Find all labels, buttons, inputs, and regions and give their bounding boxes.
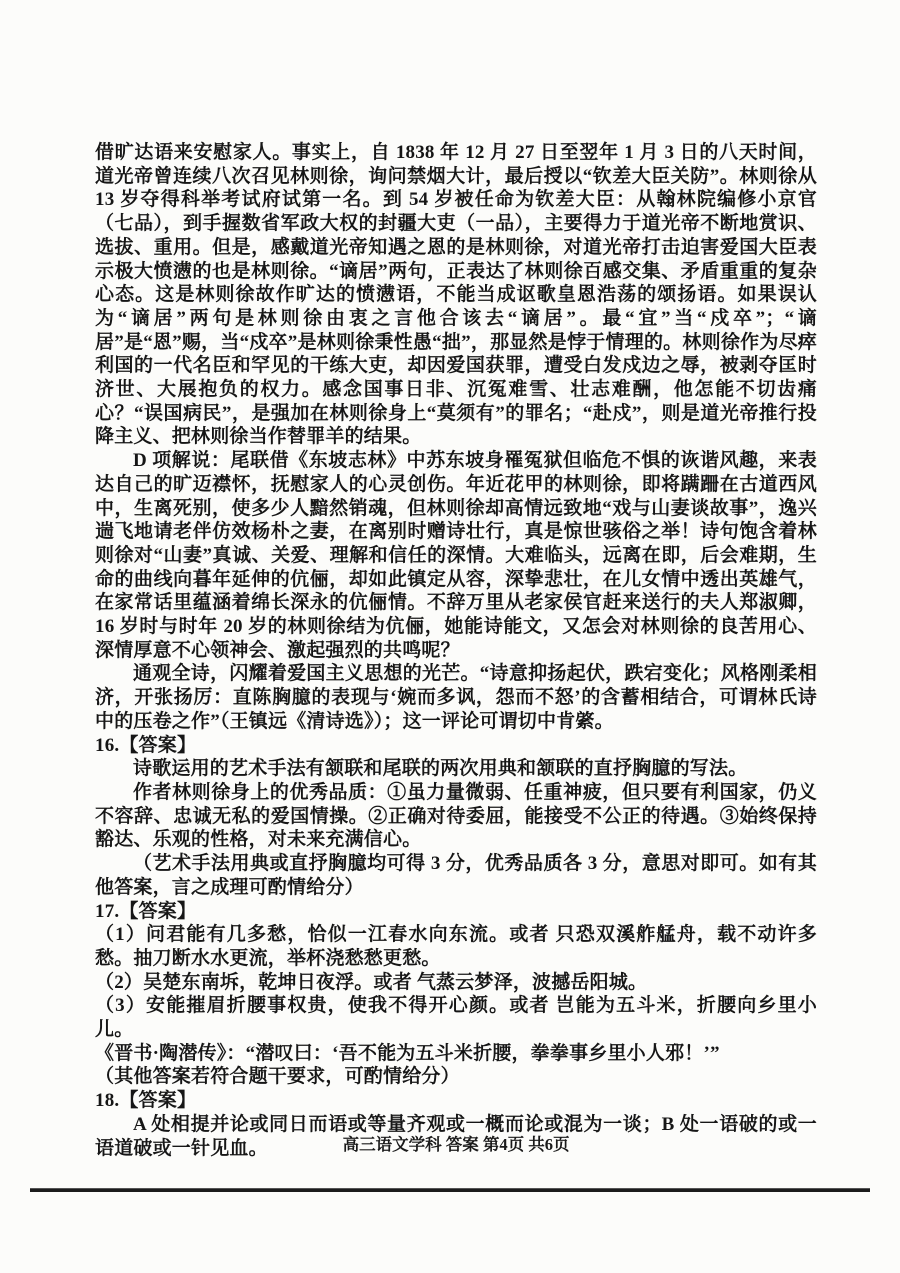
answer-16-qualities: 作者林则徐身上的优秀品质：①虽力量微弱、任重神疲，但只要有利国家，仍义不容辞、忠… bbox=[95, 781, 817, 852]
paragraph-poem-overview: 通观全诗，闪耀着爱国主义思想的光芒。“诗意抑扬起伏，跌宕变化；风格刚柔相济，开张… bbox=[95, 662, 817, 733]
answer-17-item-1: （1）问君能有几多愁，恰似一江春水向东流。或者 只恐双溪舴艋舟，载不动许多愁。抽… bbox=[95, 923, 817, 970]
paragraph-option-d-explanation: D 项解说：尾联借《东坡志林》中苏东坡身罹冤狱但临危不惧的诙谐风趣，来表达自己的… bbox=[95, 449, 817, 662]
answer-18-heading: 18.【答案】 bbox=[95, 1089, 817, 1113]
document-page: 借旷达语来安慰家人。事实上，自 1838 年 12 月 27 日至翌年 1 月 … bbox=[0, 0, 900, 1273]
bottom-rule bbox=[30, 1188, 870, 1192]
answer-16-scoring-note: （艺术手法用典或直抒胸臆均可得 3 分，优秀品质各 3 分，意思对即可。如有其他… bbox=[95, 852, 817, 899]
answer-16-technique: 诗歌运用的艺术手法有颔联和尾联的两次用典和颔联的直抒胸臆的写法。 bbox=[95, 757, 817, 781]
page-footer: 高三语文学科 答案 第4页 共6页 bbox=[95, 1131, 817, 1155]
answer-17-item-3-source: 《晋书·陶潜传》：“潜叹曰：‘吾不能为五斗米折腰，拳拳事乡里小人邪！’” bbox=[95, 1042, 817, 1066]
answer-17-item-3: （3）安能摧眉折腰事权贵，使我不得开心颜。或者 岂能为五斗米，折腰向乡里小儿。 bbox=[95, 994, 817, 1041]
answer-16-heading: 16.【答案】 bbox=[95, 734, 817, 758]
paragraph-analysis-continuation: 借旷达语来安慰家人。事实上，自 1838 年 12 月 27 日至翌年 1 月 … bbox=[95, 141, 817, 449]
answer-sheet-body: 借旷达语来安慰家人。事实上，自 1838 年 12 月 27 日至翌年 1 月 … bbox=[95, 141, 817, 1160]
answer-17-scoring-note: （其他答案若符合题干要求，可酌情给分） bbox=[95, 1065, 817, 1089]
answer-17-heading: 17.【答案】 bbox=[95, 900, 817, 924]
answer-17-item-2: （2）吴楚东南坼，乾坤日夜浮。或者 气蒸云梦泽，波撼岳阳城。 bbox=[95, 971, 817, 995]
